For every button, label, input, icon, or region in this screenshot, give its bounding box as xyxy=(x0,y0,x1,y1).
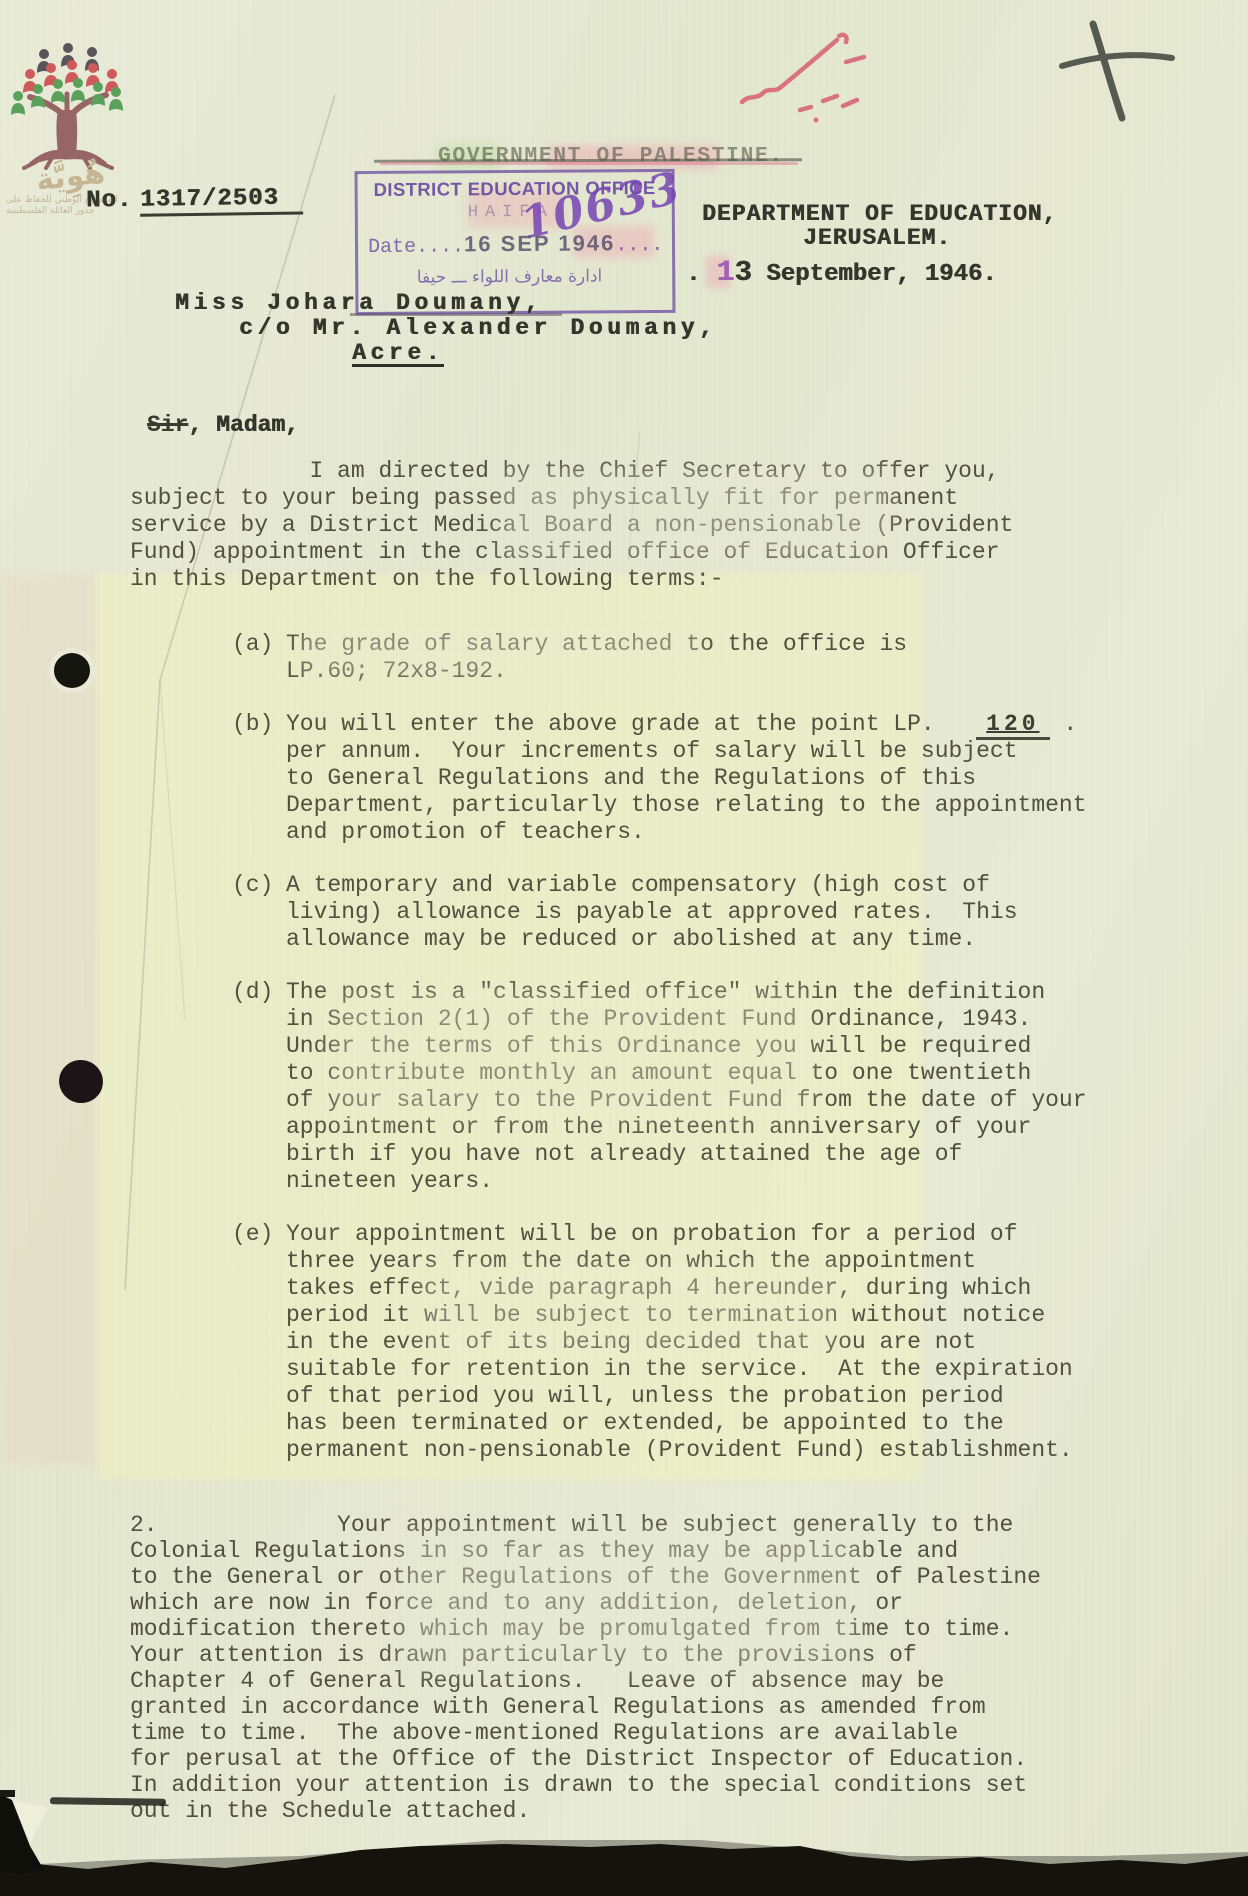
term-text: Your appointment will be on probation fo… xyxy=(286,1221,1073,1464)
punch-hole-top xyxy=(54,653,90,688)
term-text: You will enter the above grade at the po… xyxy=(286,711,1087,846)
recipient-line: Acre. xyxy=(175,341,717,367)
term-b-before: You will enter the above grade at the po… xyxy=(286,711,976,737)
date-typed-rest: September, 1946. xyxy=(752,261,997,288)
stamp-arabic-line: ادارة معارف اللواء ـــ حيفا xyxy=(417,266,603,287)
recipient-block: Miss Johara Doumany, c/o Mr. Alexander D… xyxy=(175,291,717,367)
department-title: DEPARTMENT OF EDUCATION, xyxy=(702,201,1057,227)
reference-number-label: No. xyxy=(86,187,133,215)
date-stamped-digit: 1 xyxy=(716,256,734,290)
stamp-date-row: Date....16 SEP 1946.... xyxy=(368,230,663,259)
recipient-city: Acre. xyxy=(352,342,444,367)
term-text: The post is a "classified office" within… xyxy=(286,979,1087,1195)
reference-number: No.1317/2503 xyxy=(86,184,303,214)
term-label: (e) xyxy=(232,1221,286,1464)
reference-number-value: 1317/2503 xyxy=(140,184,303,216)
term-b-fill-in-value: 120 xyxy=(976,711,1049,740)
term-item-a: (a) The grade of salary attached to the … xyxy=(232,631,1200,685)
date-typed-digit: 3 xyxy=(734,256,751,289)
letterhead-strike-line-pink xyxy=(380,162,798,165)
term-item-c: (c) A temporary and variable compensator… xyxy=(232,872,1200,953)
recipient-care-of: c/o Mr. Alexander Doumany, xyxy=(239,315,717,341)
recipient-line: Miss Johara Doumany, xyxy=(175,291,717,316)
recipient-name: Miss Johara Doumany, xyxy=(175,290,543,316)
logo-arabic-subtitle-2: جذور العائلة الفلسطينية xyxy=(6,206,95,216)
term-item-b: (b) You will enter the above grade at th… xyxy=(232,711,1200,846)
term-item-d: (d) The post is a "classified office" wi… xyxy=(232,979,1200,1195)
term-text: A temporary and variable compensatory (h… xyxy=(286,872,1018,953)
scanned-letter-page: هُوِيَّة المشروع الوطني للحفاظ على جذور … xyxy=(0,0,1248,1896)
stamp-date-value: 16 SEP 1946 xyxy=(464,230,615,256)
terms-list: (a) The grade of salary attached to the … xyxy=(232,631,1200,1464)
term-text: The grade of salary attached to the offi… xyxy=(286,631,907,685)
red-arabic-scribble-icon xyxy=(742,35,864,123)
term-item-e: (e) Your appointment will be on probatio… xyxy=(232,1221,1200,1464)
letter-body: Sir, Madam, I am directed by the Chief S… xyxy=(130,412,1200,1824)
date-prefix-dot: . xyxy=(686,261,700,288)
punch-hole-bottom xyxy=(54,1055,108,1108)
stamp-date-label: Date.... xyxy=(368,235,464,259)
paper-tint-left-strip xyxy=(0,575,96,1465)
pencil-cross-mark-icon xyxy=(1062,24,1172,118)
letter-date: .13 September, 1946. xyxy=(686,256,997,290)
recipient-line: c/o Mr. Alexander Doumany, xyxy=(175,316,717,341)
salutation-text: , Madam, xyxy=(188,412,298,438)
salutation: Sir, Madam, xyxy=(147,412,1200,439)
paragraph-2: 2. Your appointment will be subject gene… xyxy=(130,1512,1200,1824)
paragraph-1: I am directed by the Chief Secretary to … xyxy=(130,458,1200,593)
term-label: (a) xyxy=(232,631,286,685)
department-city: JERUSALEM. xyxy=(803,225,951,251)
salutation-struck-word: Sir xyxy=(147,412,188,438)
stamp-date-trailing-dots: .... xyxy=(615,234,663,257)
term-label: (b) xyxy=(232,711,286,846)
term-label: (d) xyxy=(232,979,286,1195)
term-label: (c) xyxy=(232,872,286,953)
